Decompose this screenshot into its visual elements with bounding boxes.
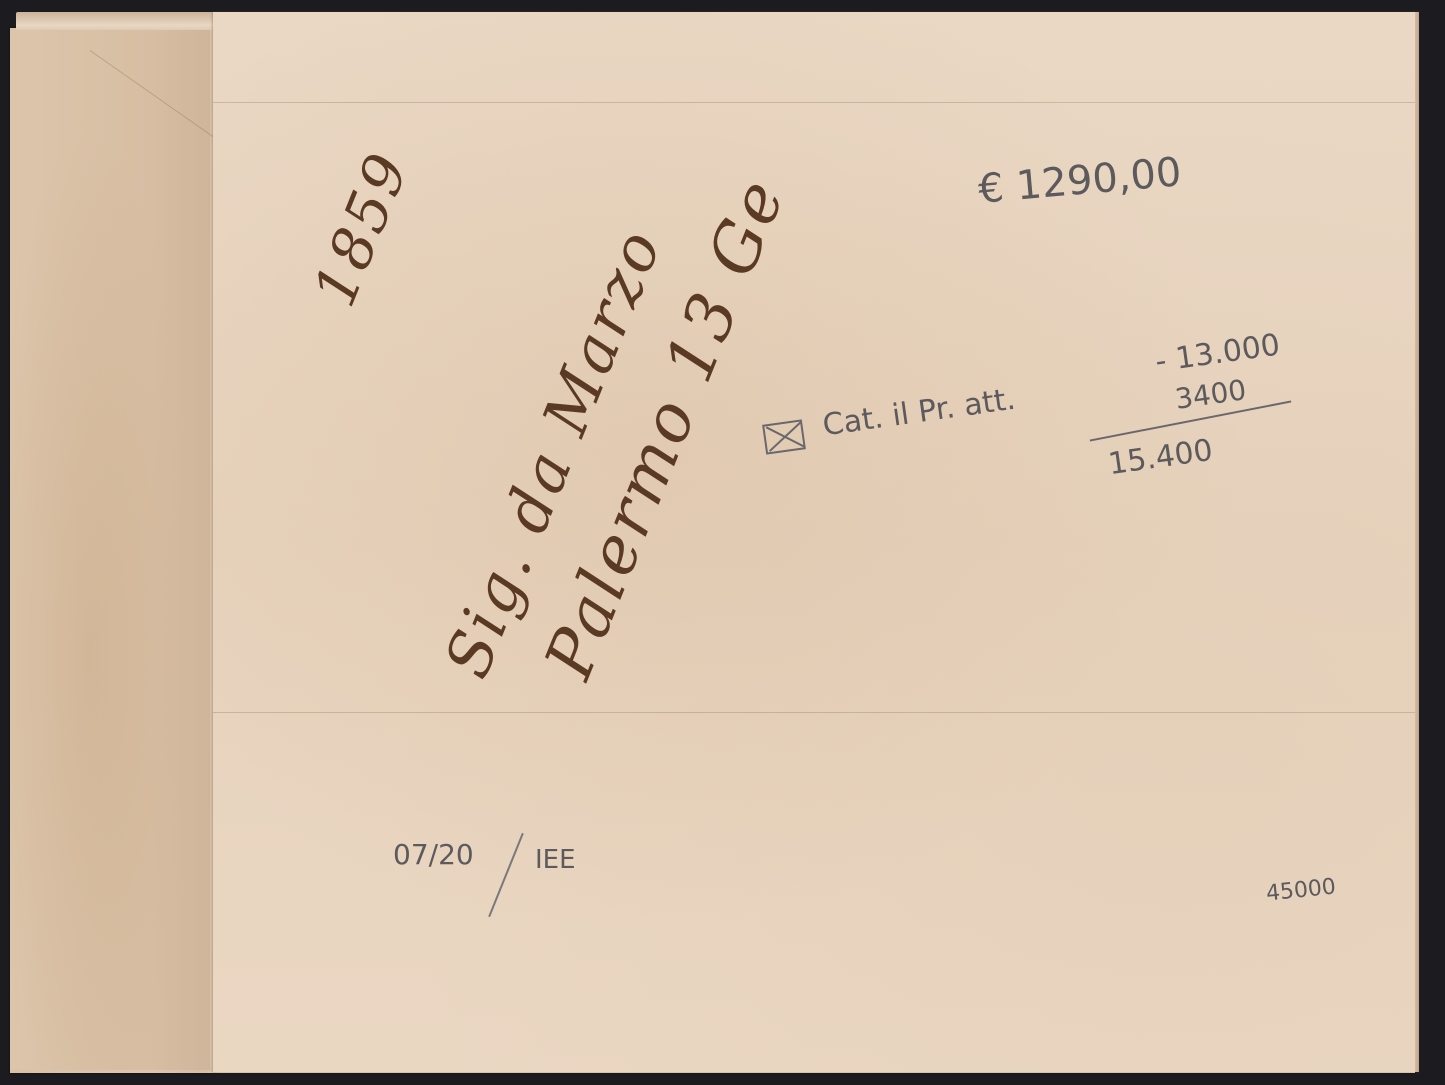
fold-line [213, 712, 1419, 713]
left-fold-panel [10, 30, 210, 1070]
letter-cover [10, 12, 1423, 1075]
envelope-icon [762, 419, 806, 454]
paper-crease [90, 50, 220, 262]
reference-note: 07/20 [393, 838, 474, 871]
fold-line [213, 102, 1419, 103]
reference-suffix: IEE [535, 845, 576, 875]
right-edge [1415, 12, 1419, 1072]
